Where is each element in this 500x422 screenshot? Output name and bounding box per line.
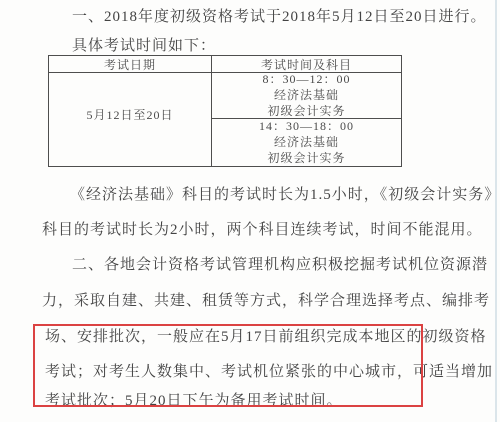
session-subject: 经济法基础 [274, 89, 339, 102]
session-time: 14：30—18：00 [259, 120, 354, 133]
exam-date-cell: 5月12日至20日 [49, 73, 212, 166]
scan-edge-line [495, 0, 497, 422]
para-duration-line-2: 科目的考试时长为2小时，两个科目连续考试，时间不能混用。 [42, 222, 483, 238]
session-subject: 初级会计实务 [267, 152, 345, 165]
session-subject: 经济法基础 [274, 136, 339, 149]
para-section2-line-3: 场、安排批次，一般应在5月17日前组织完成本地区的初级资格 [45, 329, 487, 345]
para-section2-line-5: 考试批次；5月20日下午为备用考试时间。 [45, 393, 343, 409]
col-header-exam-date: 考试日期 [49, 56, 212, 73]
para-section2-line-2: 力，采取自建、共建、租赁等方式，科学合理选择考点、编排考 [42, 293, 490, 309]
morning-session-cell: 8：30—12：00 经济法基础 初级会计实务 [212, 73, 401, 119]
col-header-time-and-subjects: 考试时间及科目 [212, 56, 401, 73]
para-exam-period: 一、2018年度初级资格考试于2018年5月12日至20日进行。 [72, 9, 487, 25]
session-subject: 初级会计实务 [267, 105, 345, 118]
para-section2-line-1: 二、各地会计资格考试管理机构应积极挖掘考试机位资源潜 [72, 257, 488, 273]
afternoon-session-cell: 14：30—18：00 经济法基础 初级会计实务 [212, 119, 401, 166]
para-exam-time-intro: 具体考试时间如下： [72, 38, 216, 54]
para-section2-line-4: 考试；对考生人数集中、考试机位紧张的中心城市，可适当增加 [45, 364, 493, 380]
session-time: 8：30—12：00 [262, 73, 350, 86]
scanned-document-page: 一、2018年度初级资格考试于2018年5月12日至20日进行。 具体考试时间如… [0, 0, 500, 422]
exam-schedule-table: 考试日期 考试时间及科目 5月12日至20日 8：30—12：00 经济法基础 … [48, 55, 402, 167]
para-duration-line-1: 《经济法基础》科目的考试时长为1.5小时，《初级会计实务》 [70, 187, 500, 203]
